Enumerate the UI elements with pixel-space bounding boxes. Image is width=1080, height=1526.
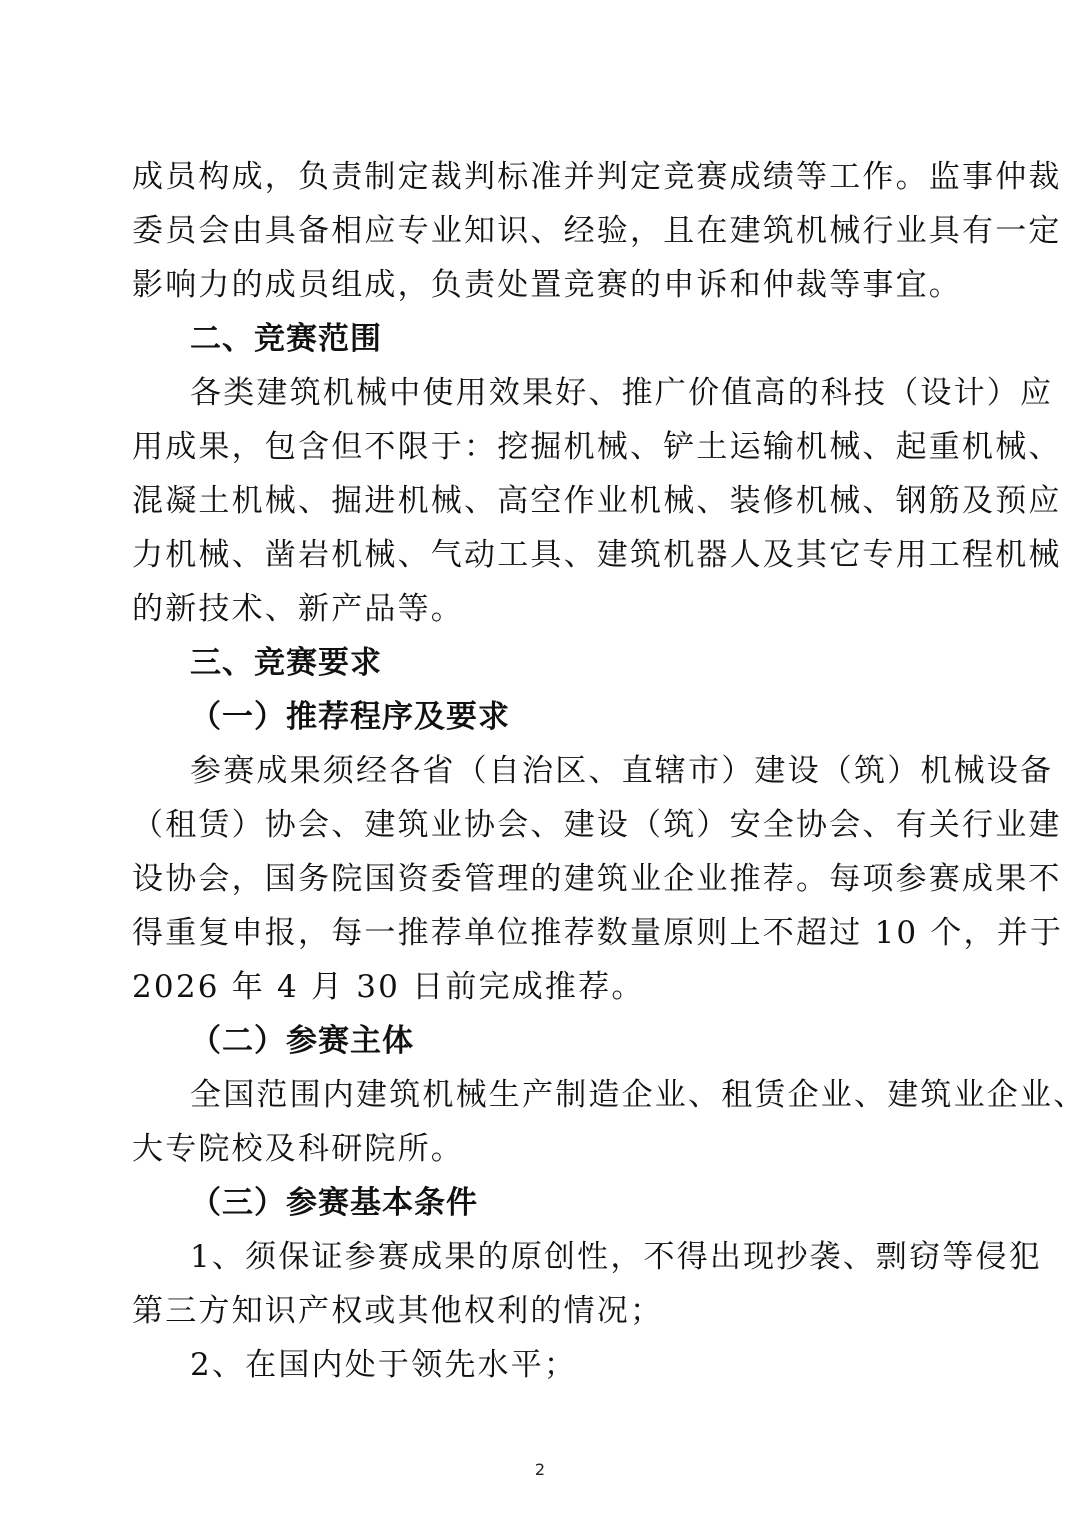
page-number: 2	[0, 1460, 1080, 1479]
text-line: 设协会，国务院国资委管理的建筑业企业推荐。每项参赛成果不	[132, 852, 952, 906]
text-line: 各类建筑机械中使用效果好、推广价值高的科技（设计）应	[132, 366, 952, 420]
subheading-recommendation: （一）推荐程序及要求	[132, 690, 952, 744]
text-line: 委员会由具备相应专业知识、经验，且在建筑机械行业具有一定	[132, 204, 952, 258]
text-line: 用成果，包含但不限于：挖掘机械、铲土运输机械、起重机械、	[132, 420, 952, 474]
text-line: 的新技术、新产品等。	[132, 582, 952, 636]
paragraph-scope: 各类建筑机械中使用效果好、推广价值高的科技（设计）应 用成果，包含但不限于：挖掘…	[132, 366, 952, 636]
text-line: 第三方知识产权或其他权利的情况；	[132, 1284, 952, 1338]
text-line: 影响力的成员组成，负责处置竞赛的申诉和仲裁等事宜。	[132, 258, 952, 312]
text-line: 成员构成，负责制定裁判标准并判定竞赛成绩等工作。监事仲裁	[132, 150, 952, 204]
section-heading-scope: 二、竞赛范围	[132, 312, 952, 366]
text-line: 2026 年 4 月 30 日前完成推荐。	[132, 960, 952, 1014]
section-heading-requirements: 三、竞赛要求	[132, 636, 952, 690]
text-line: 混凝土机械、掘进机械、高空作业机械、装修机械、钢筋及预应	[132, 474, 952, 528]
paragraph-committee: 成员构成，负责制定裁判标准并判定竞赛成绩等工作。监事仲裁 委员会由具备相应专业知…	[132, 150, 952, 312]
text-line: 2、在国内处于领先水平；	[132, 1338, 952, 1392]
text-line: 参赛成果须经各省（自治区、直辖市）建设（筑）机械设备	[132, 744, 952, 798]
text-line: 力机械、凿岩机械、气动工具、建筑机器人及其它专用工程机械	[132, 528, 952, 582]
paragraph-condition-2: 2、在国内处于领先水平；	[132, 1338, 952, 1392]
text-line: 全国范围内建筑机械生产制造企业、租赁企业、建筑业企业、	[132, 1068, 952, 1122]
paragraph-condition-1: 1、须保证参赛成果的原创性，不得出现抄袭、剽窃等侵犯 第三方知识产权或其他权利的…	[132, 1230, 952, 1338]
document-page: 成员构成，负责制定裁判标准并判定竞赛成绩等工作。监事仲裁 委员会由具备相应专业知…	[132, 150, 952, 1392]
subheading-basic-conditions: （三）参赛基本条件	[132, 1176, 952, 1230]
text-line: 1、须保证参赛成果的原创性，不得出现抄袭、剽窃等侵犯	[132, 1230, 952, 1284]
paragraph-participants: 全国范围内建筑机械生产制造企业、租赁企业、建筑业企业、 大专院校及科研院所。	[132, 1068, 952, 1176]
subheading-participants: （二）参赛主体	[132, 1014, 952, 1068]
text-line: 得重复申报，每一推荐单位推荐数量原则上不超过 10 个，并于	[132, 906, 952, 960]
paragraph-recommendation: 参赛成果须经各省（自治区、直辖市）建设（筑）机械设备 （租赁）协会、建筑业协会、…	[132, 744, 952, 1014]
text-line: （租赁）协会、建筑业协会、建设（筑）安全协会、有关行业建	[132, 798, 952, 852]
text-line: 大专院校及科研院所。	[132, 1122, 952, 1176]
